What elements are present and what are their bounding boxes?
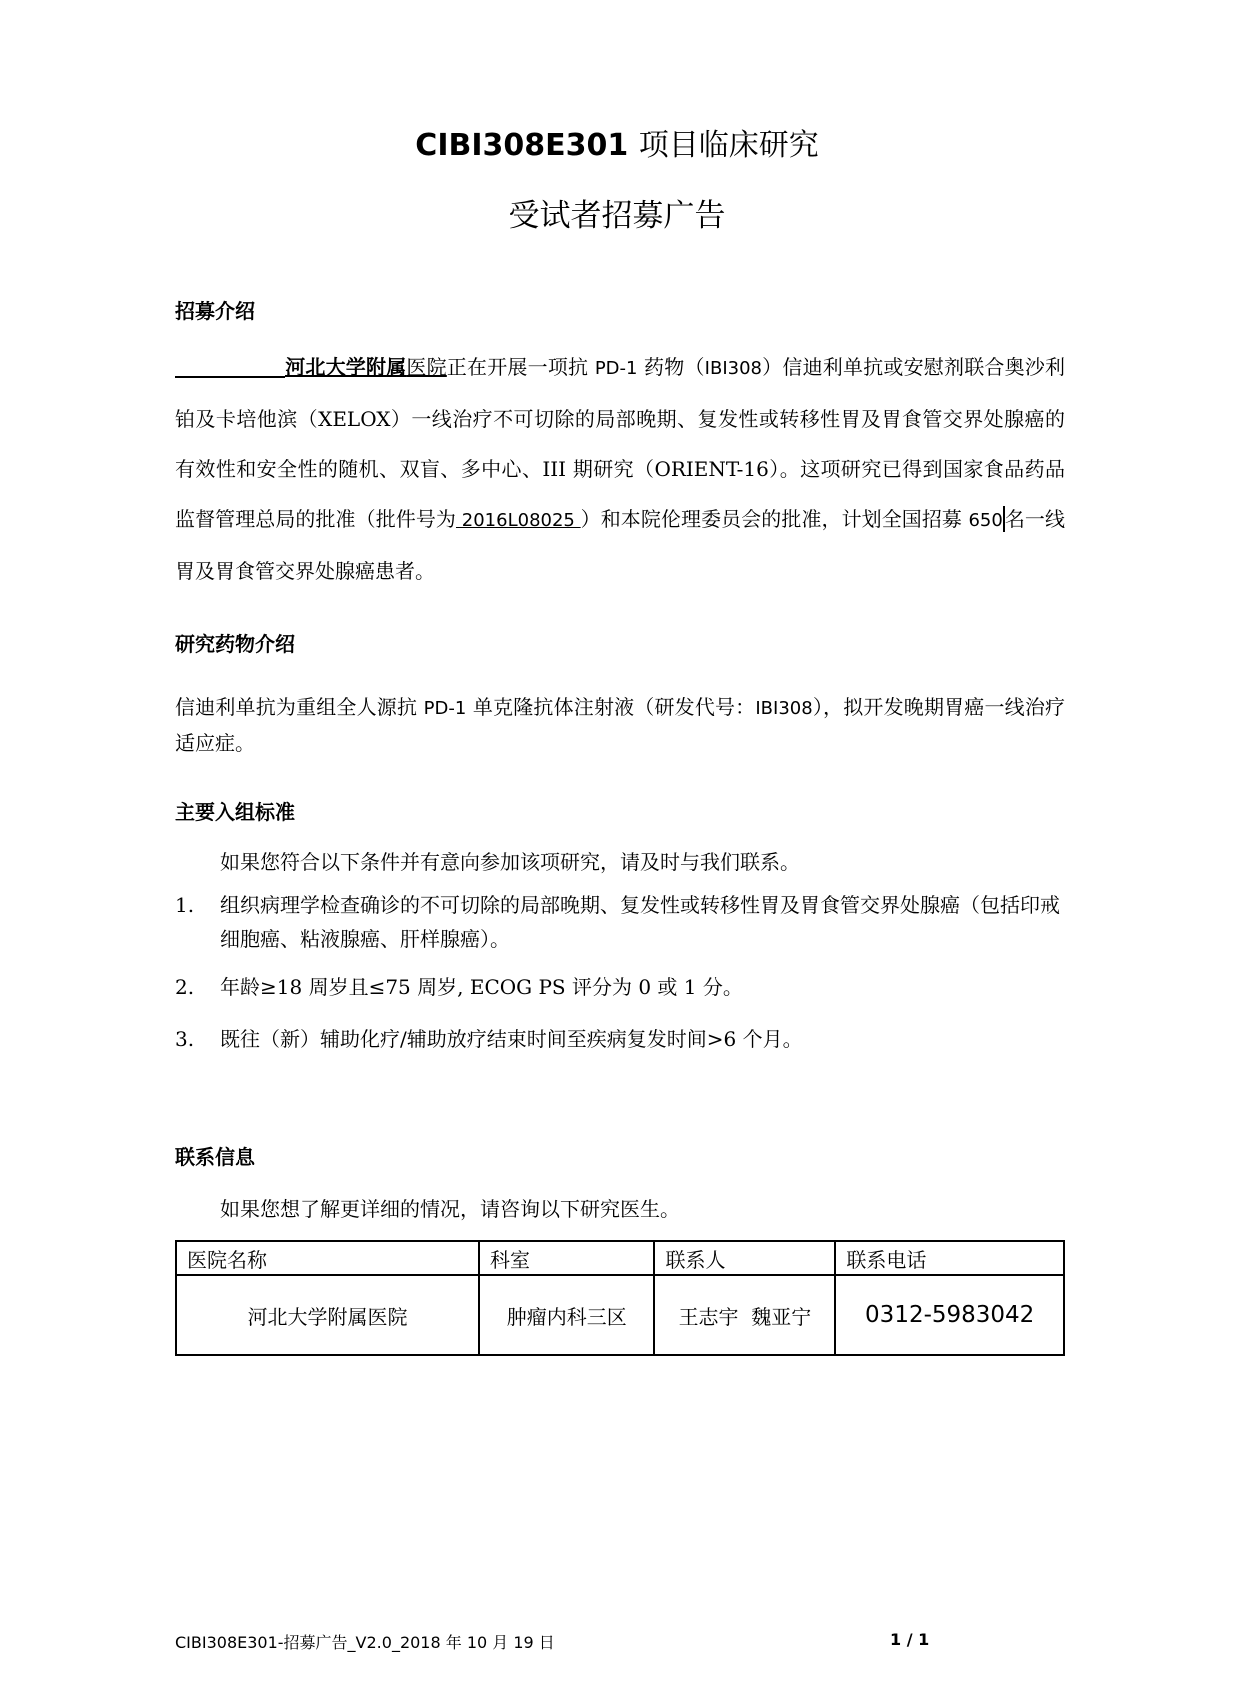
inclusion-intro: 如果您符合以下条件并有意向参加该项研究，请及时与我们联系。	[220, 846, 800, 875]
footer-page-number: 1 / 1	[890, 1630, 929, 1649]
contact-intro: 如果您想了解更详细的情况，请咨询以下研究医生。	[220, 1193, 680, 1222]
criteria-text: 既往（新）辅助化疗/辅助放疗结束时间至疾病复发时间>6 个月。	[220, 1022, 1065, 1056]
text: ）信迪利单抗或安慰剂联合奥沙利铂及卡培他滨（XELOX）一线治疗不可切除的局部晚…	[175, 355, 1065, 531]
pd1-term: PD-1	[595, 358, 638, 379]
cell-phone: 0312-5983042	[835, 1275, 1064, 1355]
table-row: 河北大学附属医院 肿瘤内科三区 王志宇 魏亚宁 0312-5983042	[176, 1275, 1064, 1355]
text: 药物（	[637, 355, 704, 379]
criteria-text: 年龄≥18 周岁且≤75 周岁, ECOG PS 评分为 0 或 1 分。	[220, 970, 1065, 1004]
heading-drug-intro: 研究药物介绍	[175, 628, 295, 657]
cell-hospital: 河北大学附属医院	[176, 1275, 479, 1355]
criteria-item: 3. 既往（新）辅助化疗/辅助放疗结束时间至疾病复发时间>6 个月。	[175, 1022, 1065, 1056]
approval-number: 2016L08025	[456, 510, 581, 531]
recruit-intro-paragraph: 河北大学附属医院正在开展一项抗 PD-1 药物（IBI308）信迪利单抗或安慰剂…	[175, 342, 1065, 596]
criteria-item: 2. 年龄≥18 周岁且≤75 周岁, ECOG PS 评分为 0 或 1 分。	[175, 970, 1065, 1004]
recruit-count: 650	[968, 510, 1002, 531]
pd1-term: PD-1	[424, 698, 467, 719]
drug-code: IBI308	[705, 358, 762, 379]
header-hospital: 医院名称	[176, 1241, 479, 1275]
criteria-text: 组织病理学检查确诊的不可切除的局部晚期、复发性或转移性胃及胃食管交界处腺癌（包括…	[220, 888, 1065, 956]
criteria-number: 2.	[175, 970, 194, 1004]
document-page: CIBI308E301 项目临床研究 受试者招募广告 招募介绍 河北大学附属医院…	[0, 0, 1234, 1702]
footer-doc-id: CIBI308E301-招募广告_V2.0_2018 年 10 月 19 日	[175, 1630, 555, 1653]
header-contact-person: 联系人	[654, 1241, 835, 1275]
document-title: CIBI308E301 项目临床研究	[0, 120, 1234, 164]
text: 信迪利单抗为重组全人源抗	[175, 695, 424, 719]
text: ）和本院伦理委员会的批准，计划全国招募	[581, 507, 969, 531]
cell-contact-person: 王志宇 魏亚宁	[654, 1275, 835, 1355]
contact-table: 医院名称 科室 联系人 联系电话 河北大学附属医院 肿瘤内科三区 王志宇 魏亚宁…	[175, 1240, 1065, 1356]
criteria-item: 1. 组织病理学检查确诊的不可切除的局部晚期、复发性或转移性胃及胃食管交界处腺癌…	[175, 888, 1065, 956]
heading-contact-info: 联系信息	[175, 1141, 255, 1170]
title-line1: 项目临床研究	[639, 128, 819, 163]
cell-department: 肿瘤内科三区	[479, 1275, 654, 1355]
text: 单克隆抗体注射液（研发代号：	[466, 695, 755, 719]
hospital-suffix: 医院	[406, 355, 446, 379]
hospital-name-filled: 河北大学附属	[285, 355, 406, 379]
heading-inclusion-criteria: 主要入组标准	[175, 796, 295, 825]
criteria-number: 3.	[175, 1022, 194, 1056]
drug-code: IBI308	[755, 698, 812, 719]
document-subtitle: 受试者招募广告	[0, 190, 1234, 235]
criteria-number: 1.	[175, 888, 194, 922]
study-code: CIBI308E301	[415, 128, 628, 163]
drug-intro-paragraph: 信迪利单抗为重组全人源抗 PD-1 单克隆抗体注射液（研发代号：IBI308），…	[175, 690, 1065, 760]
text: 正在开展一项抗	[447, 355, 595, 379]
heading-recruit-intro: 招募介绍	[175, 295, 255, 324]
fill-blank-line	[175, 354, 285, 378]
header-phone: 联系电话	[835, 1241, 1064, 1275]
table-header-row: 医院名称 科室 联系人 联系电话	[176, 1241, 1064, 1275]
header-department: 科室	[479, 1241, 654, 1275]
